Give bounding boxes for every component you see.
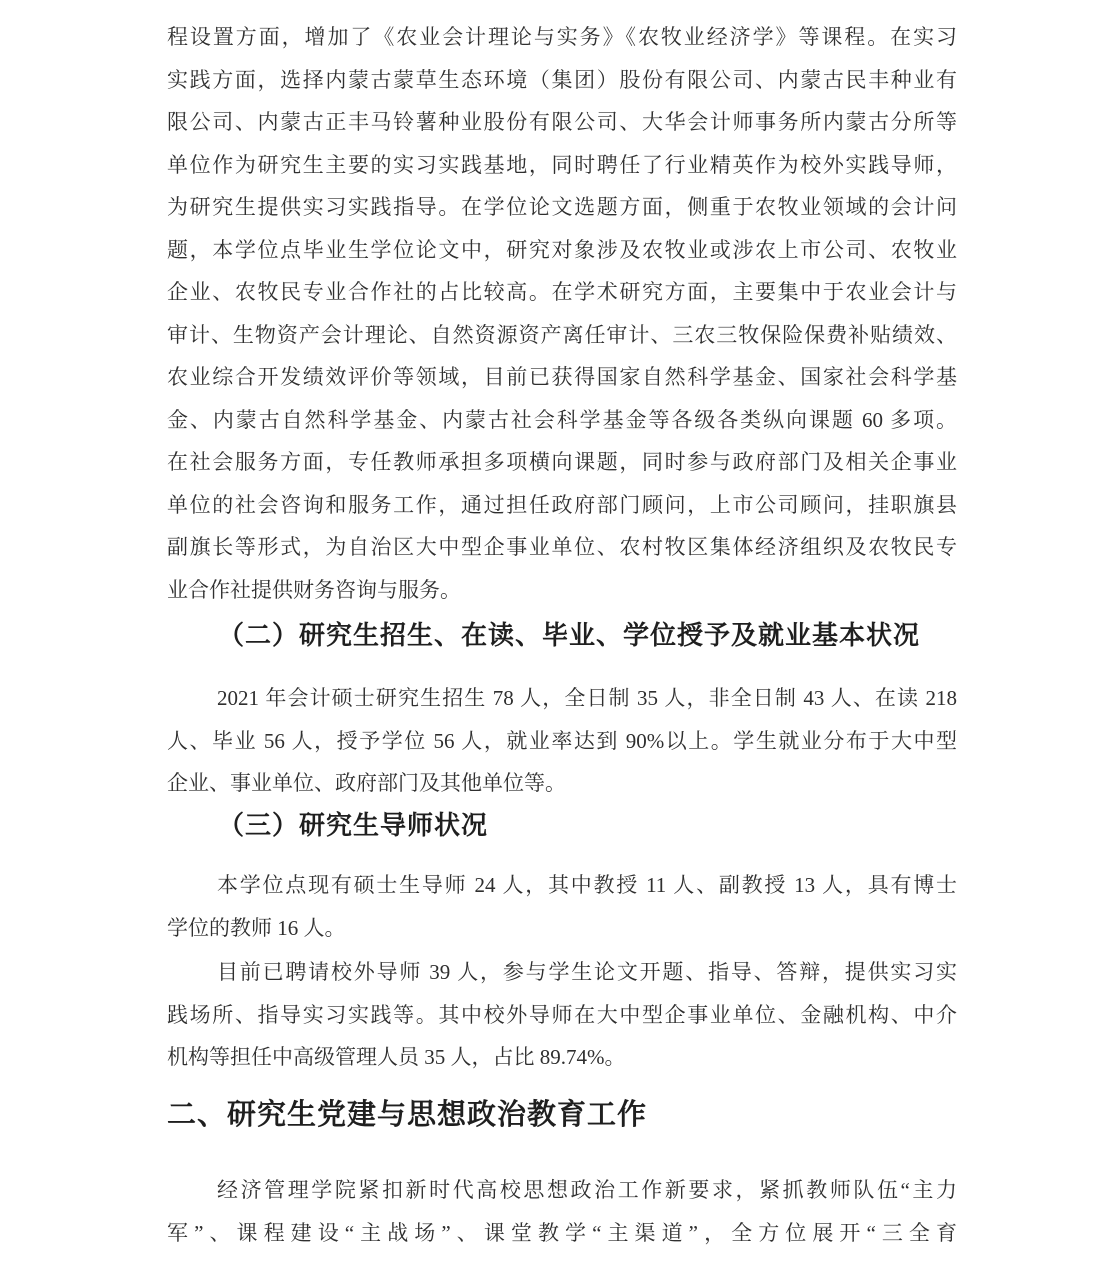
text-line: 程设置方面，增加了《农业会计理论与实务》《农牧业经济学》等课程。在实习 — [167, 16, 957, 59]
text-line: 在社会服务方面，专任教师承担多项横向课题，同时参与政府部门及相关企事业 — [167, 441, 957, 484]
text-line: 企业、事业单位、政府部门及其他单位等。 — [167, 762, 957, 805]
text-line: 题，本学位点毕业生学位论文中，研究对象涉及农牧业或涉农上市公司、农牧业 — [167, 229, 957, 272]
text-line: 业合作社提供财务咨询与服务。 — [167, 569, 957, 612]
paragraph-program-overview-continued: 程设置方面，增加了《农业会计理论与实务》《农牧业经济学》等课程。在实习实践方面，… — [167, 16, 957, 611]
text-line: 践场所、指导实习实践等。其中校外导师在大中型企事业单位、金融机构、中介 — [167, 994, 957, 1037]
text-line: 单位的社会咨询和服务工作，通过担任政府部门顾问，上市公司顾问，挂职旗县 — [167, 484, 957, 527]
text-line: 单位作为研究生主要的实习实践基地，同时聘任了行业精英作为校外实践导师， — [167, 144, 957, 187]
text-line: 2021 年会计硕士研究生招生 78 人，全日制 35 人，非全日制 43 人、… — [167, 677, 957, 720]
text-line: 审计、生物资产会计理论、自然资源资产离任审计、三农三牧保险保费补贴绩效、 — [167, 314, 957, 357]
text-line: 军”、课程建设“主战场”、课堂教学“主渠道”，全方位展开“三全育 — [167, 1212, 957, 1255]
text-line: 学位的教师 16 人。 — [167, 907, 957, 950]
text-line: 限公司、内蒙古正丰马铃薯种业股份有限公司、大华会计师事务所内蒙古分所等 — [167, 101, 957, 144]
paragraph-enrollment-statistics: 2021 年会计硕士研究生招生 78 人，全日制 35 人，非全日制 43 人、… — [167, 677, 957, 805]
paragraph-ideological-education: 经济管理学院紧扣新时代高校思想政治工作新要求，紧抓教师队伍“主力军”、课程建设“… — [167, 1169, 957, 1254]
text-line: 人、毕业 56 人，授予学位 56 人，就业率达到 90%以上。学生就业分布于大… — [167, 720, 957, 763]
paragraph-external-supervisors: 目前已聘请校外导师 39 人，参与学生论文开题、指导、答辩，提供实习实践场所、指… — [167, 951, 957, 1079]
section-heading-supervisor-status: （三）研究生导师状况 — [167, 807, 1008, 843]
text-line: 为研究生提供实习实践指导。在学位论文选题方面，侧重于农牧业领域的会计问 — [167, 186, 957, 229]
text-line: 农业综合开发绩效评价等领域，目前已获得国家自然科学基金、国家社会科学基 — [167, 356, 957, 399]
text-line: 实践方面，选择内蒙古蒙草生态环境（集团）股份有限公司、内蒙古民丰种业有 — [167, 59, 957, 102]
text-line: 经济管理学院紧扣新时代高校思想政治工作新要求，紧抓教师队伍“主力 — [167, 1169, 957, 1212]
text-line: 目前已聘请校外导师 39 人，参与学生论文开题、指导、答辩，提供实习实 — [167, 951, 957, 994]
text-line: 本学位点现有硕士生导师 24 人，其中教授 11 人、副教授 13 人，具有博士 — [167, 864, 957, 907]
section-heading-enrollment-status: （二）研究生招生、在读、毕业、学位授予及就业基本状况 — [167, 617, 1008, 653]
paragraph-supervisor-counts: 本学位点现有硕士生导师 24 人，其中教授 11 人、副教授 13 人，具有博士… — [167, 864, 957, 949]
document-page: 程设置方面，增加了《农业会计理论与实务》《农牧业经济学》等课程。在实习实践方面，… — [0, 0, 1102, 1264]
text-line: 企业、农牧民专业合作社的占比较高。在学术研究方面，主要集中于农业会计与 — [167, 271, 957, 314]
text-line: 机构等担任中高级管理人员 35 人，占比 89.74%。 — [167, 1036, 957, 1079]
chapter-heading-party-building: 二、研究生党建与思想政治教育工作 — [167, 1095, 997, 1135]
text-line: 金、内蒙古自然科学基金、内蒙古社会科学基金等各级各类纵向课题 60 多项。 — [167, 399, 957, 442]
text-line: 副旗长等形式，为自治区大中型企事业单位、农村牧区集体经济组织及农牧民专 — [167, 526, 957, 569]
